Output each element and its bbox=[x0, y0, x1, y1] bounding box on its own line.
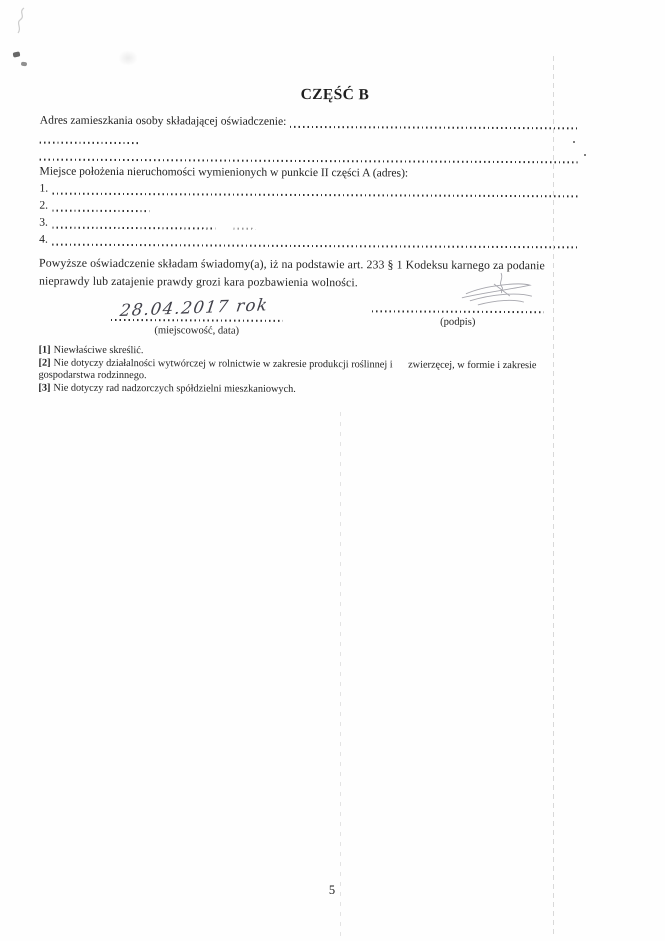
list-number: 4. bbox=[39, 232, 52, 248]
handwritten-date: 28.04.2017 rok bbox=[119, 295, 285, 320]
page-number: 5 bbox=[322, 883, 342, 898]
list-item-4: 4. bbox=[39, 231, 577, 251]
list-dotted-line-fragment bbox=[233, 228, 255, 230]
address-label: Adres zamieszkania osoby składającej ośw… bbox=[40, 113, 287, 130]
scan-artifact-dot bbox=[584, 154, 586, 156]
signature-scribble bbox=[454, 272, 538, 312]
footnote-3: [3]Nie dotyczy rad nadzorczych spółdziel… bbox=[38, 382, 562, 397]
footnote-marker: [3] bbox=[38, 382, 53, 393]
page-title: CZĘŚĆ B bbox=[66, 85, 604, 106]
list-number: 3. bbox=[39, 215, 52, 231]
scan-artifact-speck bbox=[21, 62, 27, 67]
location-row: Miejsce położenia nieruchomości wymienio… bbox=[40, 163, 578, 183]
footnote-text: Nie dotyczy rad nadzorczych spółdzielni … bbox=[53, 382, 296, 394]
location-label: Miejsce położenia nieruchomości wymienio… bbox=[40, 164, 409, 182]
scanned-document-page: CZĘŚĆ B Adres zamieszkania osoby składaj… bbox=[0, 0, 665, 941]
scan-artifact-smudge bbox=[118, 50, 138, 66]
footnotes: [1]Niewłaściwe skreślić. [2]Nie dotyczy … bbox=[38, 345, 562, 398]
place-date-caption: (miejscowość, data) bbox=[111, 325, 283, 337]
list-number: 2. bbox=[39, 198, 52, 214]
footnote-marker: [1] bbox=[39, 345, 54, 356]
list-number: 1. bbox=[39, 181, 52, 197]
footnote-text: Nie dotyczy działalności wytwórczej w ro… bbox=[38, 357, 539, 381]
address-row: Adres zamieszkania osoby składającej ośw… bbox=[40, 112, 578, 132]
signature-section: 28.04.2017 rok (miejscowość, data) (podp… bbox=[39, 301, 577, 339]
footnote-marker: [2] bbox=[39, 357, 54, 368]
document-content: CZĘŚĆ B Adres zamieszkania osoby składaj… bbox=[38, 85, 578, 398]
address-dotted-line-short bbox=[40, 142, 140, 145]
list-dotted-line bbox=[52, 227, 215, 230]
vertical-scan-line bbox=[340, 412, 341, 937]
signature-block: (podpis) bbox=[372, 302, 544, 338]
footnote-text: Niewłaściwe skreślić. bbox=[54, 345, 144, 356]
list-dotted-line bbox=[52, 210, 149, 213]
address-dotted-line bbox=[289, 126, 577, 130]
scan-artifact-speck bbox=[13, 51, 21, 57]
place-date-dotted-line bbox=[111, 319, 283, 322]
signature-caption: (podpis) bbox=[372, 316, 544, 328]
scan-artifact-squiggle bbox=[10, 6, 34, 36]
footnote-2: [2]Nie dotyczy działalności wytwórczej w… bbox=[38, 357, 562, 385]
place-date-block: 28.04.2017 rok (miejscowość, data) bbox=[111, 301, 283, 337]
list-dotted-line bbox=[52, 244, 577, 249]
